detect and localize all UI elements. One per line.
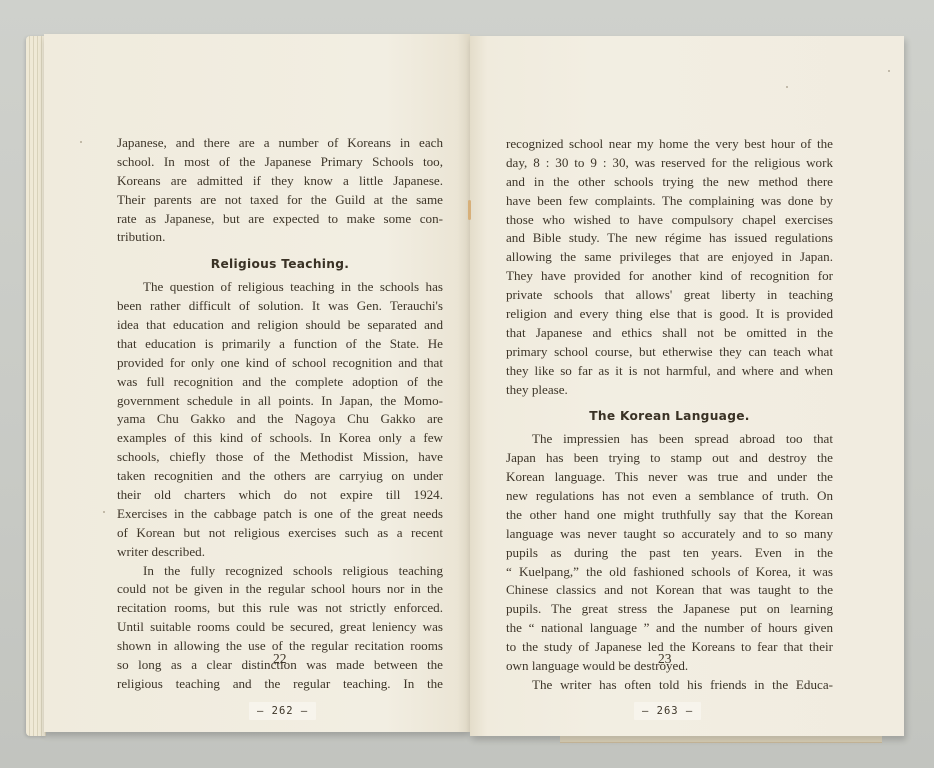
text-line: idea that education and religion should … (117, 316, 443, 335)
text-line: been rather difficult of solution. It wa… (117, 297, 443, 316)
text-line: religious teaching and the regular teach… (117, 675, 443, 694)
text-line: government schedule in all points. In Ja… (117, 392, 443, 411)
text-line: Japan has been trying to stamp out and d… (506, 449, 833, 468)
paragraph: The question of religious teaching in th… (117, 278, 443, 561)
text-line: they like so far as it is not harmful, a… (506, 362, 833, 381)
text-line: They have provided for another kind of r… (506, 267, 833, 286)
text-line: Koreans are admitted if they know a litt… (117, 172, 443, 191)
archive-page-label-right: — 263 — (634, 702, 701, 720)
text-line: the other hand one might truthfully say … (506, 506, 833, 525)
text-line: that education is primarily a function o… (117, 335, 443, 354)
text-line: that Japanese and ethics shall not be om… (506, 324, 833, 343)
paper-speck (786, 86, 788, 88)
text-line: language was never taught so accurately … (506, 525, 833, 544)
paper-speck (80, 141, 82, 143)
text-line: pupils as during the past ten years. Eve… (506, 544, 833, 563)
text-line: The impressien has been spread abroad to… (506, 430, 833, 449)
text-line: Chinese classics and not Korean that was… (506, 581, 833, 600)
text-line: new regulations has not even a semblance… (506, 487, 833, 506)
text-line: Japanese, and there are a number of Kore… (117, 134, 443, 153)
right-page-text: recognized school near my home the very … (506, 135, 833, 695)
text-line: and in the other schools trying the new … (506, 173, 833, 192)
left-page-text: Japanese, and there are a number of Kore… (117, 134, 443, 694)
text-line: yama Chu Gakko and the Nagoya Chu Gakko … (117, 410, 443, 429)
text-line: could not be given in the regular school… (117, 580, 443, 599)
text-line: provided for only one kind of school rec… (117, 354, 443, 373)
text-line: of Korean but not religious exercises su… (117, 524, 443, 543)
text-line: have been few complaints. The complainin… (506, 192, 833, 211)
text-line: was full recognition and the complete ad… (117, 373, 443, 392)
paper-speck (103, 511, 105, 513)
section-heading: Religious Teaching. (117, 255, 443, 274)
text-line: those who wished to have compulsory chap… (506, 211, 833, 230)
page-number-left: 22 (273, 651, 287, 667)
text-line: Exercises in the cabbage patch is one of… (117, 505, 443, 524)
page-stack-edge (26, 36, 46, 736)
text-line: schools, chiefly those of the Methodist … (117, 448, 443, 467)
paragraph: Japanese, and there are a number of Kore… (117, 134, 443, 247)
text-line: Their parents are not taxed for the Guil… (117, 191, 443, 210)
text-line: rate as Japanese, but are expected to ma… (117, 210, 443, 229)
paragraph: In the fully recognized schools religiou… (117, 562, 443, 694)
paragraph: recognized school near my home the very … (506, 135, 833, 399)
text-line: day, 8 : 30 to 9 : 30, was reserved for … (506, 154, 833, 173)
text-line: primary school course, but etherwise the… (506, 343, 833, 362)
text-line: writer described. (117, 543, 443, 562)
text-line: their old charters which do not expire t… (117, 486, 443, 505)
text-line: tribution. (117, 228, 443, 247)
text-line: Until suitable rooms could be secured, g… (117, 618, 443, 637)
text-line: In the fully recognized schools religiou… (117, 562, 443, 581)
binding-mark (468, 200, 471, 220)
paragraph: The impressien has been spread abroad to… (506, 430, 833, 676)
text-line: religion and every thing else that is go… (506, 305, 833, 324)
paragraph: The writer has often told his friends in… (506, 676, 833, 695)
text-line: Korean language. This never was true and… (506, 468, 833, 487)
text-line: recitation rooms, but this rule was not … (117, 599, 443, 618)
text-line: the “ national language ” and the number… (506, 619, 833, 638)
text-line: pupils. The great stress the Japanese pu… (506, 600, 833, 619)
text-line: private schools that allows' great liber… (506, 286, 833, 305)
text-line: The writer has often told his friends in… (506, 676, 833, 695)
text-line: recognized school near my home the very … (506, 135, 833, 154)
text-line: and Bible study. The new régime has issu… (506, 229, 833, 248)
text-line: examples of this kind of schools. In Kor… (117, 429, 443, 448)
section-heading: The Korean Language. (506, 407, 833, 426)
text-line: school. In most of the Japanese Primary … (117, 153, 443, 172)
text-line: taken recognitien and the others are car… (117, 467, 443, 486)
text-line: “ Kuelpang,” the old fashioned schools o… (506, 563, 833, 582)
archive-page-label-left: — 262 — (249, 702, 316, 720)
text-line: they please. (506, 381, 833, 400)
text-line: The question of religious teaching in th… (117, 278, 443, 297)
paper-speck (888, 70, 890, 72)
page-number-right: 23 (658, 651, 672, 667)
text-line: allowing the same privileges that are en… (506, 248, 833, 267)
